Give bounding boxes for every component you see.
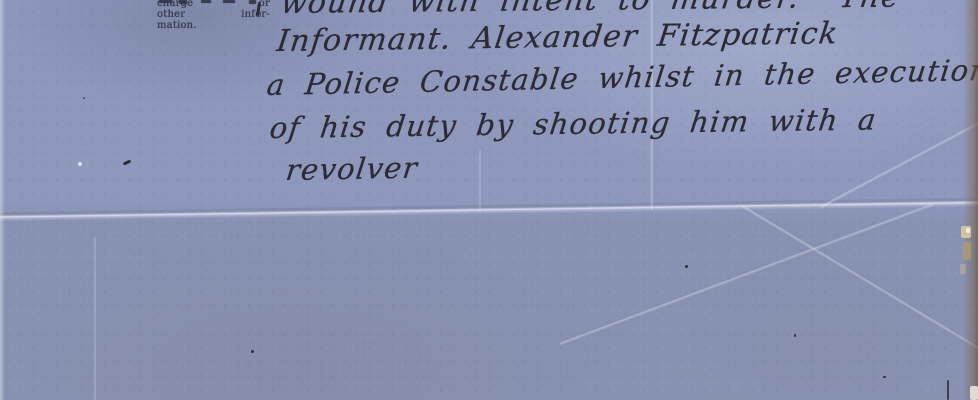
printed-word: mation. bbox=[157, 20, 197, 31]
paper-left-edge bbox=[0, 0, 5, 400]
ink-speck bbox=[883, 376, 886, 378]
scratch-mark bbox=[947, 380, 949, 400]
document-scan: charge or other infor- mation. wound wit… bbox=[0, 0, 978, 400]
printed-margin-note: charge or other infor- mation. bbox=[157, 0, 270, 31]
printed-word: charge bbox=[157, 0, 193, 9]
ink-speck bbox=[83, 97, 85, 99]
white-speck bbox=[78, 162, 82, 166]
edge-tan-spot bbox=[960, 264, 966, 274]
corner-white-spot bbox=[970, 386, 978, 400]
ink-speck bbox=[685, 265, 688, 268]
ink-speck bbox=[794, 334, 796, 337]
handwritten-line-2: Informant. Alexander Fitzpatrick bbox=[275, 19, 840, 57]
ink-speck bbox=[251, 350, 254, 353]
handwritten-line-5: revolver bbox=[284, 154, 420, 185]
edge-tan-spot bbox=[963, 242, 971, 260]
edge-white-spot bbox=[966, 228, 970, 233]
printed-note-line-1: charge or bbox=[157, 0, 270, 9]
printed-word: other bbox=[157, 9, 185, 20]
printed-note-line-3: mation. bbox=[157, 20, 270, 31]
paper-right-edge-worn bbox=[963, 0, 978, 400]
handwritten-line-4: of his duty by shooting him with a bbox=[268, 106, 878, 144]
printed-note-line-2: other infor- bbox=[157, 9, 270, 20]
